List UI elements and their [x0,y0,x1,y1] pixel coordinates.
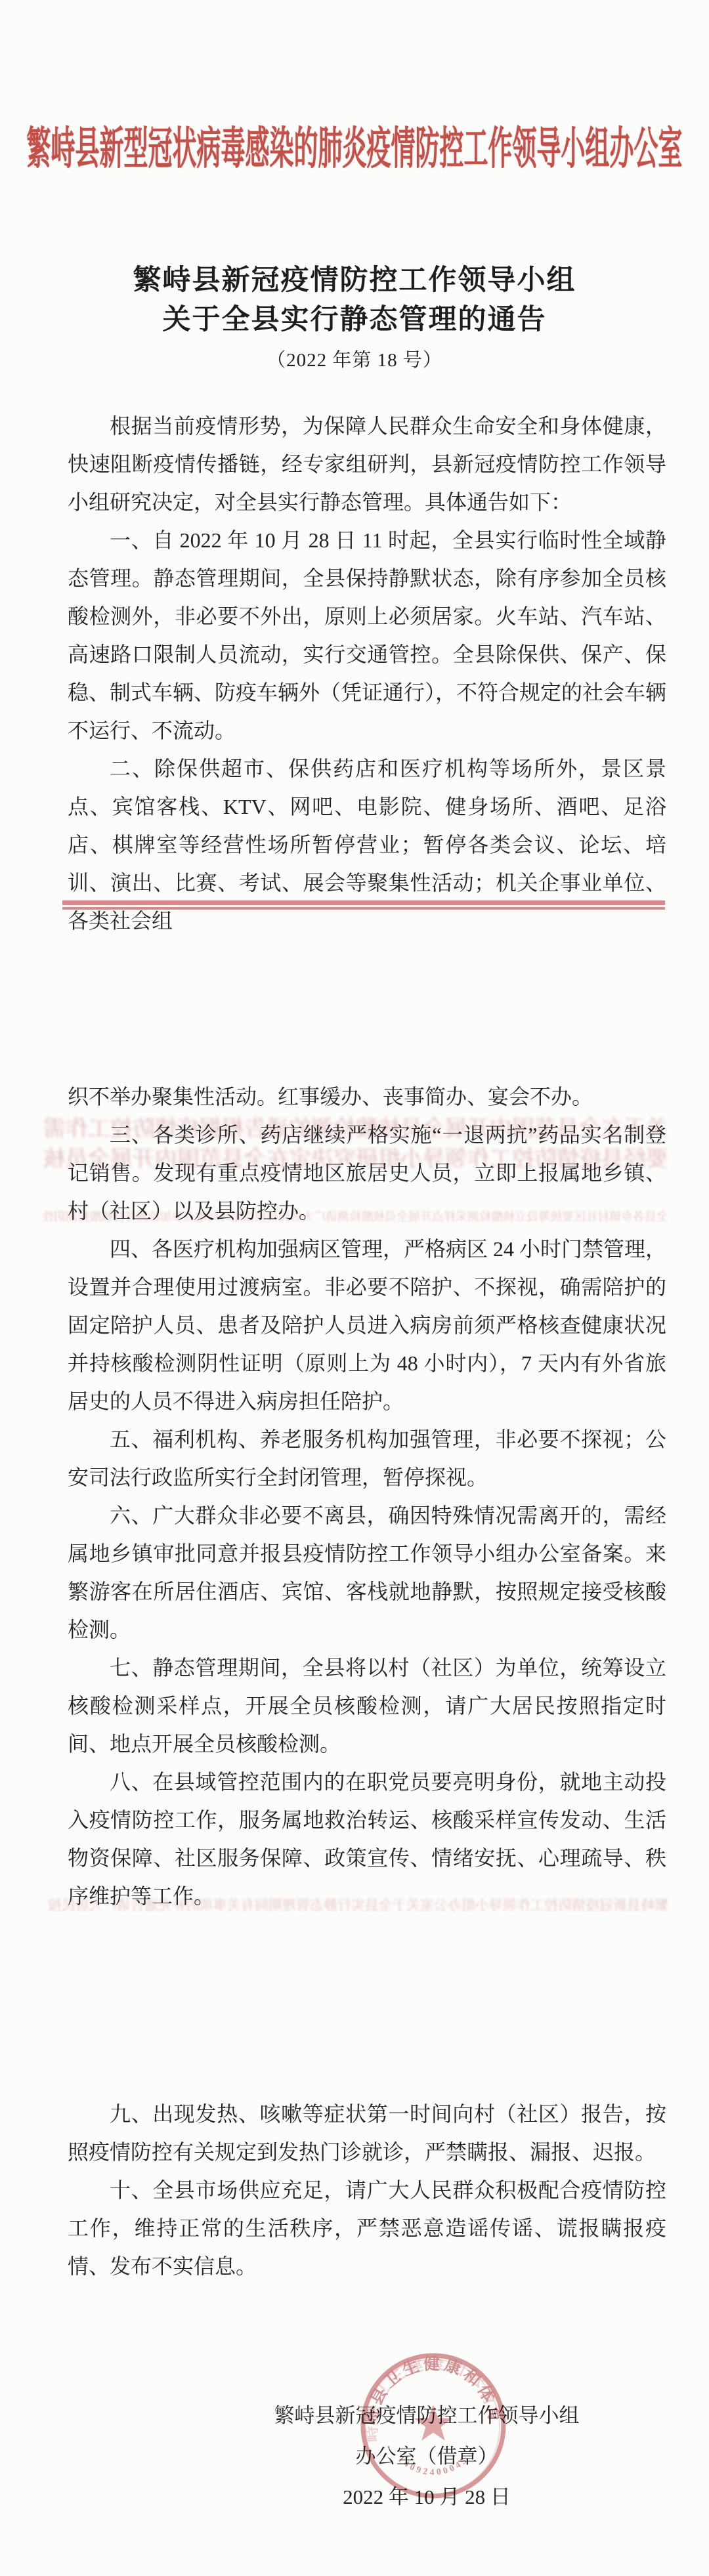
doc-number: （2022 年第 18 号） [0,345,709,372]
paragraph-item-7: 七、静态管理期间，全县将以村（社区）为单位，统筹设立核酸检测采样点，开展全员核酸… [68,1649,666,1763]
body-block-3: 九、出现发热、咳嗽等症状第一时间向村（社区）报告，按照疫情防控有关规定到发热门诊… [68,2095,666,2285]
paragraph-item-2-part1: 二、除保供超市、保供药店和医疗机构等场所外，景区景点、宾馆客栈、KTV、网吧、电… [68,750,666,940]
seal-code: 14092400045 [396,2455,471,2478]
seal-star-icon [414,2405,452,2441]
paragraph-item-3: 三、各类诊所、药店继续严格实施“一退两抗”药品实名制登记销售。发现有重点疫情地区… [68,1116,666,1230]
official-seal: 繁峙县卫生健康和体育局 繁峙县卫生健康和体育局 14092400045 [353,2345,514,2506]
body-block-2: 织不举办聚集性活动。红事缓办、丧事简办、宴会不办。 三、各类诊所、药店继续严格实… [68,1078,666,1915]
title-line-1: 繁峙县新冠疫情防控工作领导小组 [0,261,709,301]
paragraph-intro: 根据当前疫情形势，为保障人民群众生命安全和身体健康，快速阻断疫情传播链，经专家组… [68,407,666,521]
paragraph-item-4: 四、各医疗机构加强病区管理，严格病区 24 小时门禁管理，设置并合理使用过渡病室… [68,1230,666,1420]
body-block-1: 根据当前疫情形势，为保障人民群众生命安全和身体健康，快速阻断疫情传播链，经专家组… [68,407,666,940]
scanned-notice-document: 繁峙县新型冠状病毒感染的肺炎疫情防控工作领导小组办公室 繁峙县新冠疫情防控工作领… [0,0,709,2576]
title-line-2: 关于全县实行静态管理的通告 [0,301,709,340]
paragraph-item-9: 九、出现发热、咳嗽等症状第一时间向村（社区）报告，按照疫情防控有关规定到发热门诊… [68,2095,666,2171]
paragraph-item-10: 十、全县市场供应充足，请广大人民群众积极配合疫情防控工作，维持正常的生活秩序，严… [68,2171,666,2285]
paragraph-item-1: 一、自 2022 年 10 月 28 日 11 时起，全县实行临时性全域静态管理… [68,521,666,750]
paragraph-item-6: 六、广大群众非必要不离县，确因特殊情况需离开的，需经属地乡镇审批同意并报县疫情防… [68,1496,666,1649]
paragraph-item-8: 八、在县域管控范围内的在职党员要亮明身份，就地主动投入疫情防控工作，服务属地救治… [68,1763,666,1915]
title-block: 繁峙县新冠疫情防控工作领导小组 关于全县实行静态管理的通告 （2022 年第 1… [0,261,709,372]
org-header: 繁峙县新型冠状病毒感染的肺炎疫情防控工作领导小组办公室 [0,112,709,177]
paragraph-item-2-part2: 织不举办聚集性活动。红事缓办、丧事简办、宴会不办。 [68,1078,666,1116]
paragraph-item-5: 五、福利机构、养老服务机构加强管理，非必要不探视；公安司法行政监所实行全封闭管理… [68,1420,666,1496]
